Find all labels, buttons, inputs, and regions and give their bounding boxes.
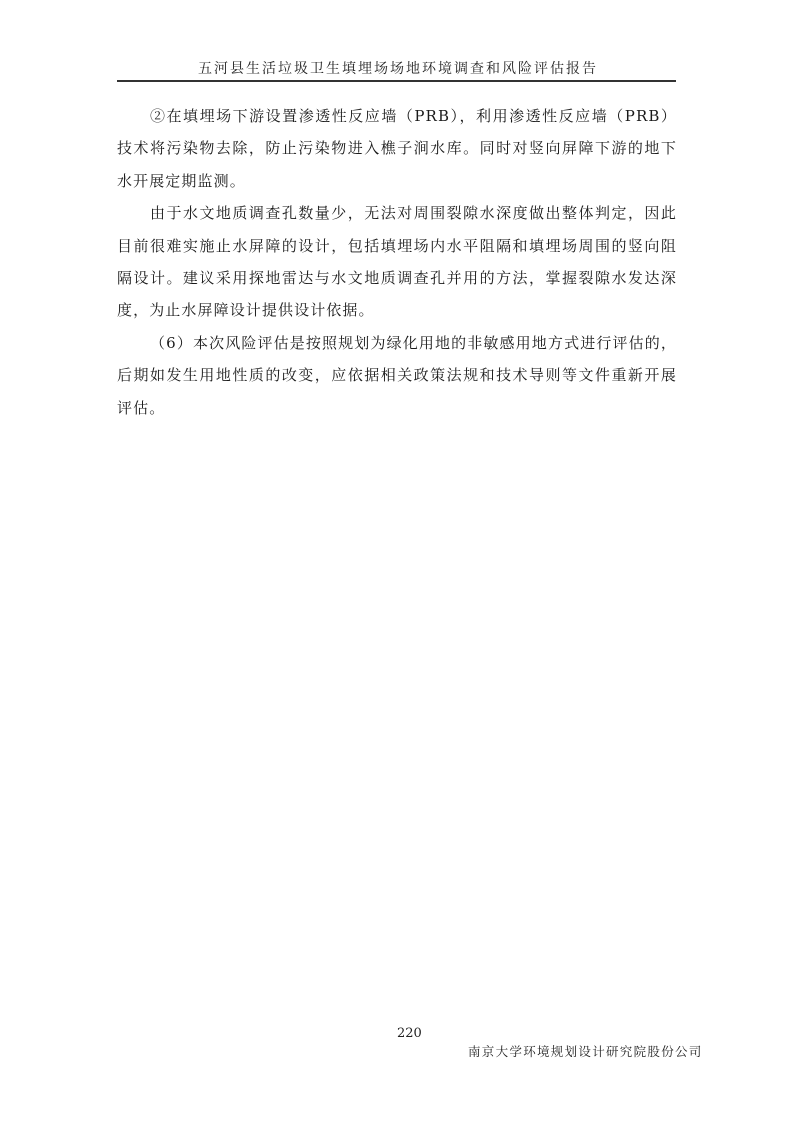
header-divider [117, 80, 676, 82]
page-body: ②在填埋场下游设置渗透性反应墙（PRB），利用渗透性反应墙（PRB）技术将污染物… [117, 100, 677, 424]
report-title: 五河县生活垃圾卫生填埋场场地环境调查和风险评估报告 [118, 58, 678, 78]
paragraph-prb-measure: ②在填埋场下游设置渗透性反应墙（PRB），利用渗透性反应墙（PRB）技术将污染物… [117, 100, 677, 197]
paragraph-risk-assessment-note: （6）本次风险评估是按照规划为绿化用地的非敏感用地方式进行评估的，后期如发生用地… [117, 327, 677, 424]
organization-name: 南京大学环境规划设计研究院股份公司 [468, 1042, 703, 1060]
paragraph-hydrogeology: 由于水文地质调查孔数量少，无法对周围裂隙水深度做出整体判定，因此目前很难实施止水… [117, 197, 677, 327]
page-number: 220 [397, 1026, 422, 1041]
